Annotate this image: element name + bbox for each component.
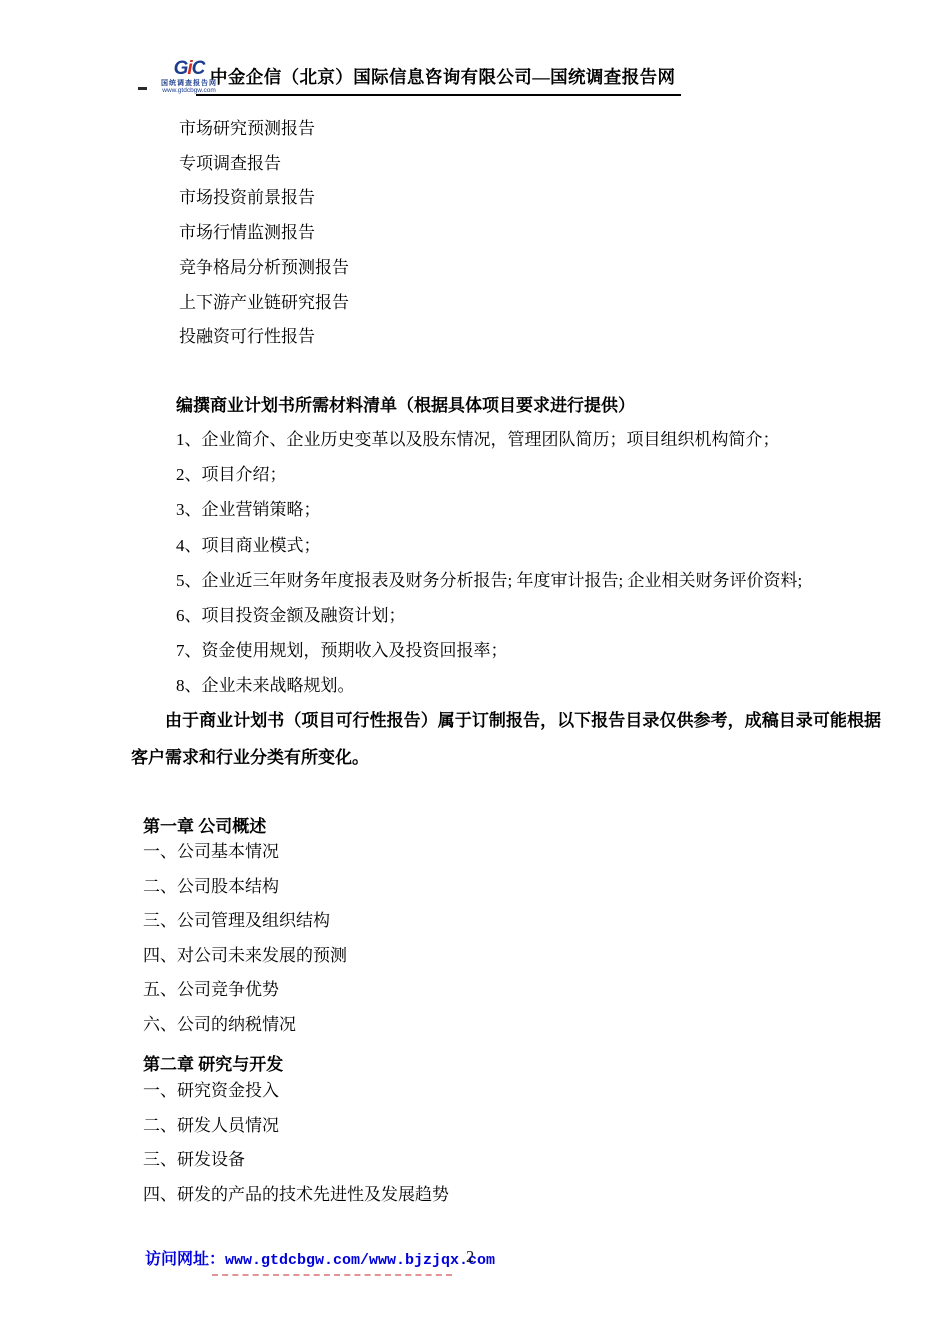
material-item: 4、项目商业模式； [176, 528, 802, 563]
page-header-title: 中金企信（北京）国际信息咨询有限公司—国统调查报告网 [196, 64, 681, 96]
report-type-list: 市场研究预测报告 专项调查报告 市场投资前景报告 市场行情监测报告 竞争格局分析… [179, 112, 349, 355]
material-item: 8、企业未来战略规划。 [176, 668, 802, 703]
report-type-item: 市场行情监测报告 [179, 216, 349, 251]
material-item: 1、企业简介、企业历史变革以及股东情况，管理团队简历；项目组织机构简介； [176, 422, 802, 457]
chapter-1-items: 一、公司基本情况 二、公司股本结构 三、公司管理及组织结构 四、对公司未来发展的… [143, 835, 347, 1042]
chapter-heading-2: 第二章 研究与开发 [143, 1050, 283, 1075]
materials-list: 1、企业简介、企业历史变革以及股东情况，管理团队简历；项目组织机构简介； 2、项… [176, 422, 802, 704]
toc-item: 一、公司基本情况 [143, 835, 347, 870]
report-type-item: 上下游产业链研究报告 [179, 286, 349, 321]
materials-section-heading: 编撰商业计划书所需材料清单（根据具体项目要求进行提供） [176, 391, 635, 416]
report-type-item: 市场研究预测报告 [179, 112, 349, 147]
custom-report-note: 由于商业计划书（项目可行性报告）属于订制报告，以下报告目录仅供参考，成稿目录可能… [131, 702, 881, 776]
chapter-2-items: 一、研究资金投入 二、研发人员情况 三、研发设备 四、研发的产品的技术先进性及发… [143, 1074, 449, 1212]
report-type-item: 专项调查报告 [179, 147, 349, 182]
report-type-item: 投融资可行性报告 [179, 320, 349, 355]
toc-item: 三、研发设备 [143, 1143, 449, 1178]
report-type-item: 市场投资前景报告 [179, 181, 349, 216]
toc-item: 四、对公司未来发展的预测 [143, 939, 347, 974]
document-page: { "header": { "logo_text": "GiC", "logo_… [0, 0, 950, 1344]
material-item: 3、企业营销策略； [176, 492, 802, 527]
toc-item: 二、公司股本结构 [143, 870, 347, 905]
chapter-heading-1: 第一章 公司概述 [143, 812, 266, 837]
page-number: 2 [466, 1247, 474, 1267]
toc-item: 六、公司的纳税情况 [143, 1008, 347, 1043]
toc-item: 二、研发人员情况 [143, 1109, 449, 1144]
material-item: 5、企业近三年财务年度报表及财务分析报告; 年度审计报告; 企业相关财务评价资料… [176, 563, 802, 598]
page-footer: 访问网址：www.gtdcbgw.com/www.bjzjqx.com [145, 1246, 495, 1269]
header-left-dash [138, 87, 147, 90]
toc-item: 三、公司管理及组织结构 [143, 904, 347, 939]
toc-item: 四、研发的产品的技术先进性及发展趋势 [143, 1178, 449, 1213]
report-type-item: 竞争格局分析预测报告 [179, 251, 349, 286]
footer-url-link[interactable]: www.gtdcbgw.com/www.bjzjqx.com [225, 1252, 495, 1269]
material-item: 2、项目介绍； [176, 457, 802, 492]
footer-visit-label: 访问网址： [145, 1251, 225, 1268]
toc-item: 五、公司竞争优势 [143, 973, 347, 1008]
material-item: 6、项目投资金额及融资计划； [176, 598, 802, 633]
material-item: 7、资金使用规划，预期收入及投资回报率； [176, 633, 802, 668]
logo-red-accent: i [187, 58, 191, 79]
toc-item: 一、研究资金投入 [143, 1074, 449, 1109]
spellcheck-squiggle-underline [212, 1274, 452, 1276]
